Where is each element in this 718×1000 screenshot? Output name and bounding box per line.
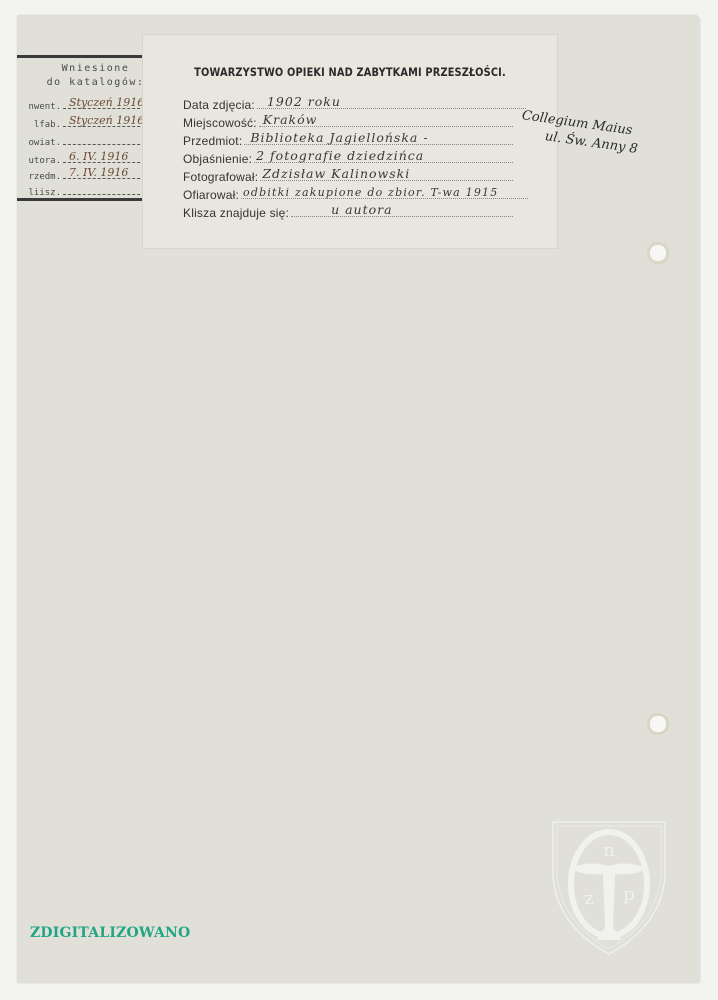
- svg-text:n: n: [603, 840, 615, 861]
- field-description: Objaśnienie: 2 fotografie dziedzińca: [183, 149, 513, 167]
- field-subject: Przedmiot: Biblioteka Jagiellońska -: [183, 131, 513, 149]
- catalog-stamp: Wniesione do katalogów: nwent. Styczeń 1…: [17, 55, 159, 201]
- stamp-row: owiat.: [17, 134, 150, 148]
- field-location: Miejscowość: Kraków: [183, 113, 513, 131]
- digitized-stamp: ZDIGITALIZOWANO: [30, 925, 190, 941]
- stamp-row: rzedm. 7. IV. 1916: [17, 168, 150, 182]
- svg-text:z: z: [584, 888, 593, 909]
- society-watermark-icon: n z p: [549, 816, 669, 956]
- catalog-card: Wniesione do katalogów: nwent. Styczeń 1…: [17, 15, 700, 983]
- field-photographer: Fotografował: Zdzisław Kalinowski: [183, 167, 513, 185]
- stamp-row: nwent. Styczeń 1916 r.: [17, 98, 150, 112]
- svg-text:p: p: [623, 884, 635, 905]
- field-photo-date: Data zdjęcia: 1902 roku: [183, 95, 526, 113]
- field-negative-location: Klisza znajduje się: u autora: [183, 203, 513, 221]
- field-donor: Ofiarował: odbitki zakupione do zbior. T…: [183, 185, 528, 203]
- stamp-row: lfab. Styczeń 1916 r.: [17, 116, 150, 130]
- stamp-row: utora. 6. IV. 1916: [17, 152, 150, 166]
- punch-hole: [650, 245, 666, 261]
- stamp-heading: Wniesione do katalogów:: [17, 62, 156, 90]
- stamp-row: liisz.: [17, 184, 150, 198]
- society-label: TOWARZYSTWO OPIEKI NAD ZABYTKAMI PRZESZŁ…: [143, 35, 557, 248]
- label-title: TOWARZYSTWO OPIEKI NAD ZABYTKAMI PRZESZŁ…: [174, 65, 526, 79]
- punch-hole: [650, 716, 666, 732]
